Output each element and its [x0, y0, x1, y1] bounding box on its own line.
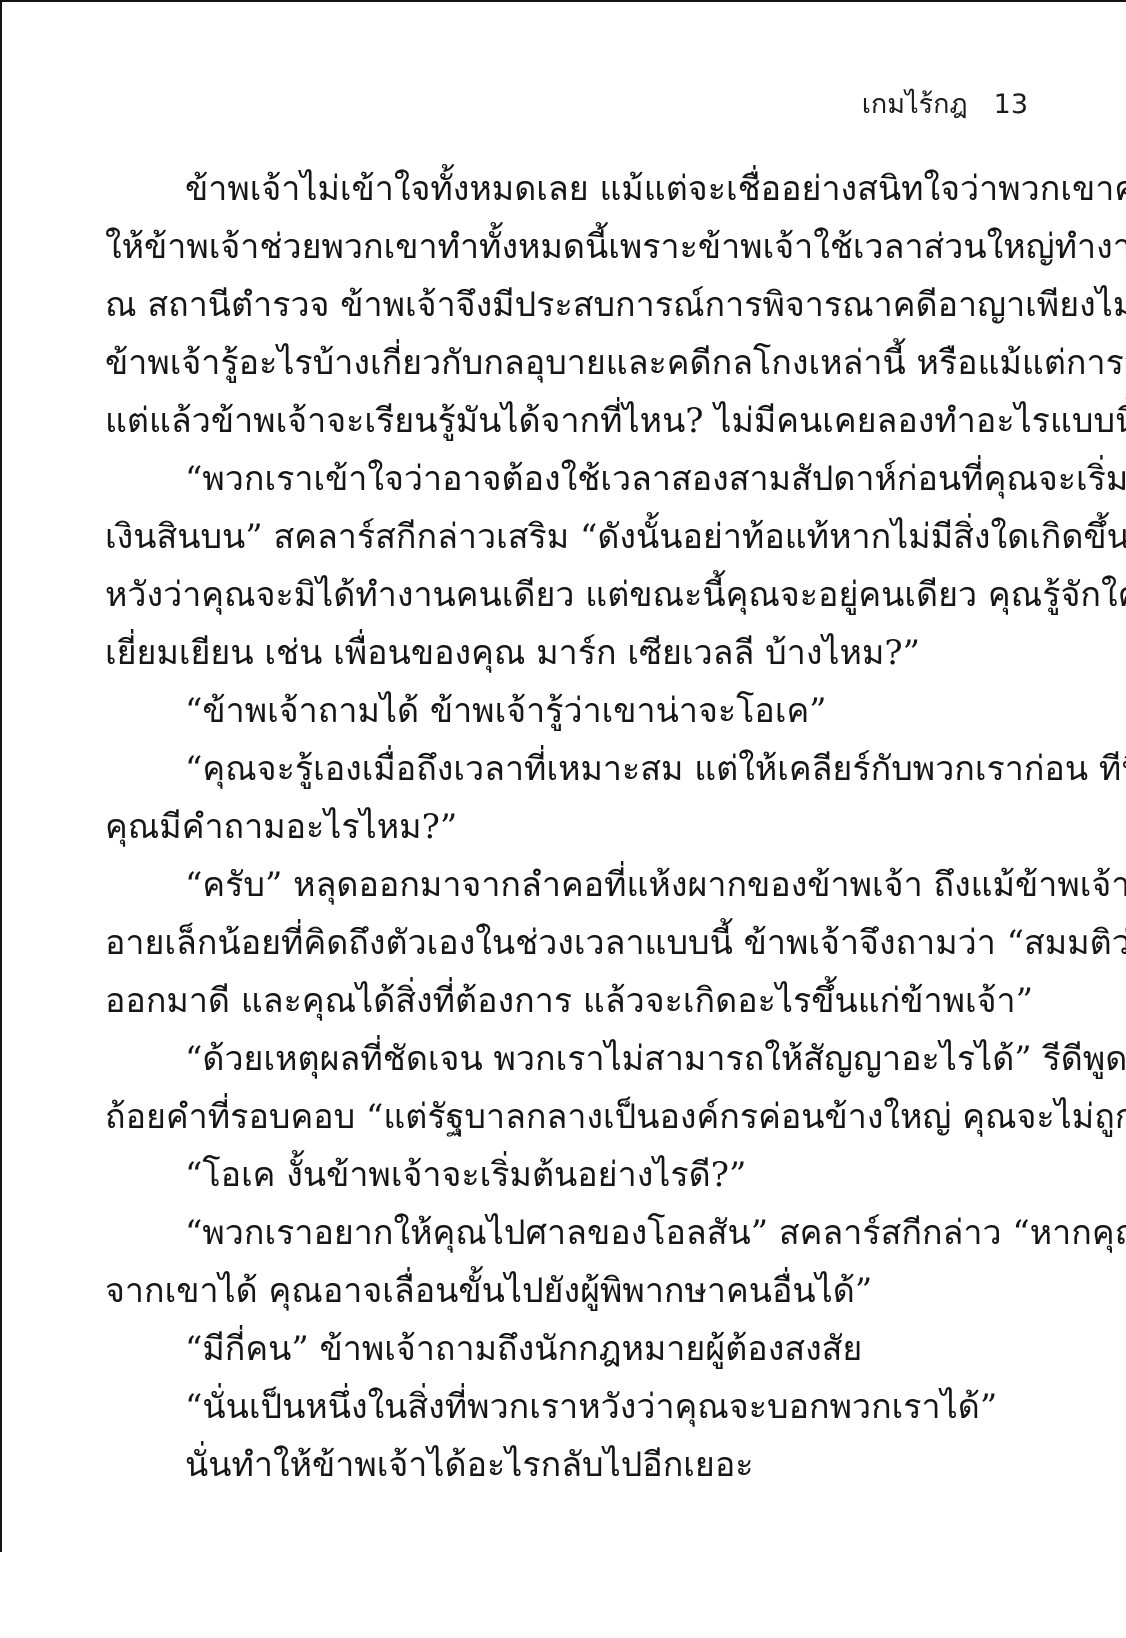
text-line: ถ้อยคำที่รอบคอบ “แต่รัฐบาลกลางเป็นองค์กร… — [105, 1088, 1026, 1146]
text-line: “นั่นเป็นหนึ่งในสิ่งที่พวกเราหวังว่าคุณจ… — [105, 1378, 1026, 1436]
text-line: ออกมาดี และคุณได้สิ่งที่ต้องการ แล้วจะเก… — [105, 972, 1026, 1030]
body-text: ข้าพเจ้าไม่เข้าใจทั้งหมดเลย แม้แต่จะเชื่… — [105, 160, 1026, 1494]
text-line: “ครับ” หลุดออกมาจากลำคอที่แห้งผากของข้าพ… — [105, 856, 1026, 914]
paragraph: “พวกเราอยากให้คุณไปศาลของโอลสัน” สคลาร์ส… — [105, 1204, 1026, 1320]
paragraph: “คุณจะรู้เองเมื่อถึงเวลาที่เหมาะสม แต่ให… — [105, 740, 1026, 856]
text-line: “พวกเราเข้าใจว่าอาจต้องใช้เวลาสองสามสัปด… — [105, 450, 1026, 508]
page-left-edge — [0, 0, 2, 1552]
text-line: จากเขาได้ คุณอาจเลื่อนขั้นไปยังผู้พิพากษ… — [105, 1262, 1026, 1320]
paragraph: ข้าพเจ้าไม่เข้าใจทั้งหมดเลย แม้แต่จะเชื่… — [105, 160, 1026, 450]
paragraph: “โอเค งั้นข้าพเจ้าจะเริ่มต้นอย่างไรดี?” — [105, 1146, 1026, 1204]
text-line: ให้ข้าพเจ้าช่วยพวกเขาทำทั้งหมดนี้เพราะข้… — [105, 218, 1026, 276]
book-page: { "header": { "book_title": "เกมไร้กฎ", … — [0, 0, 1126, 1638]
page-number: 13 — [994, 89, 1028, 120]
text-line: “มีกี่คน” ข้าพเจ้าถามถึงนักกฎหมายผู้ต้อง… — [105, 1320, 1026, 1378]
paragraph: “มีกี่คน” ข้าพเจ้าถามถึงนักกฎหมายผู้ต้อง… — [105, 1320, 1026, 1378]
paragraph: “ข้าพเจ้าถามได้ ข้าพเจ้ารู้ว่าเขาน่าจะโอ… — [105, 682, 1026, 740]
text-line: อายเล็กน้อยที่คิดถึงตัวเองในช่วงเวลาแบบน… — [105, 914, 1026, 972]
text-line: “ข้าพเจ้าถามได้ ข้าพเจ้ารู้ว่าเขาน่าจะโอ… — [105, 682, 1026, 740]
text-line: เงินสินบน” สคลาร์สกีกล่าวเสริม “ดังนั้นอ… — [105, 508, 1026, 566]
paragraph: “ด้วยเหตุผลที่ชัดเจน พวกเราไม่สามารถให้ส… — [105, 1030, 1026, 1146]
text-line: คุณมีคำถามอะไรไหม?” — [105, 798, 1026, 856]
text-line: แต่แล้วข้าพเจ้าจะเรียนรู้มันได้จากที่ไหน… — [105, 392, 1026, 450]
book-title: เกมไร้กฎ — [862, 82, 968, 125]
text-line: “ด้วยเหตุผลที่ชัดเจน พวกเราไม่สามารถให้ส… — [105, 1030, 1026, 1088]
text-line: นั่นทำให้ข้าพเจ้าได้อะไรกลับไปอีกเยอะ — [105, 1436, 1026, 1494]
text-line: “คุณจะรู้เองเมื่อถึงเวลาที่เหมาะสม แต่ให… — [105, 740, 1026, 798]
text-line: หวังว่าคุณจะมิได้ทำงานคนเดียว แต่ขณะนี้ค… — [105, 566, 1026, 624]
text-line: ณ สถานีตำรวจ ข้าพเจ้าจึงมีประสบการณ์การพ… — [105, 276, 1026, 334]
text-line: “โอเค งั้นข้าพเจ้าจะเริ่มต้นอย่างไรดี?” — [105, 1146, 1026, 1204]
text-line: “พวกเราอยากให้คุณไปศาลของโอลสัน” สคลาร์ส… — [105, 1204, 1026, 1262]
running-header: เกมไร้กฎ 13 — [862, 82, 1028, 125]
page-top-edge — [0, 0, 1126, 2]
text-line: ข้าพเจ้าไม่เข้าใจทั้งหมดเลย แม้แต่จะเชื่… — [105, 160, 1026, 218]
text-line: เยี่ยมเยียน เช่น เพื่อนของคุณ มาร์ก เซีย… — [105, 624, 1026, 682]
paragraph: นั่นทำให้ข้าพเจ้าได้อะไรกลับไปอีกเยอะ — [105, 1436, 1026, 1494]
paragraph: “ครับ” หลุดออกมาจากลำคอที่แห้งผากของข้าพ… — [105, 856, 1026, 1030]
text-line: ข้าพเจ้ารู้อะไรบ้างเกี่ยวกับกลอุบายและคด… — [105, 334, 1026, 392]
paragraph: “พวกเราเข้าใจว่าอาจต้องใช้เวลาสองสามสัปด… — [105, 450, 1026, 682]
paragraph: “นั่นเป็นหนึ่งในสิ่งที่พวกเราหวังว่าคุณจ… — [105, 1378, 1026, 1436]
